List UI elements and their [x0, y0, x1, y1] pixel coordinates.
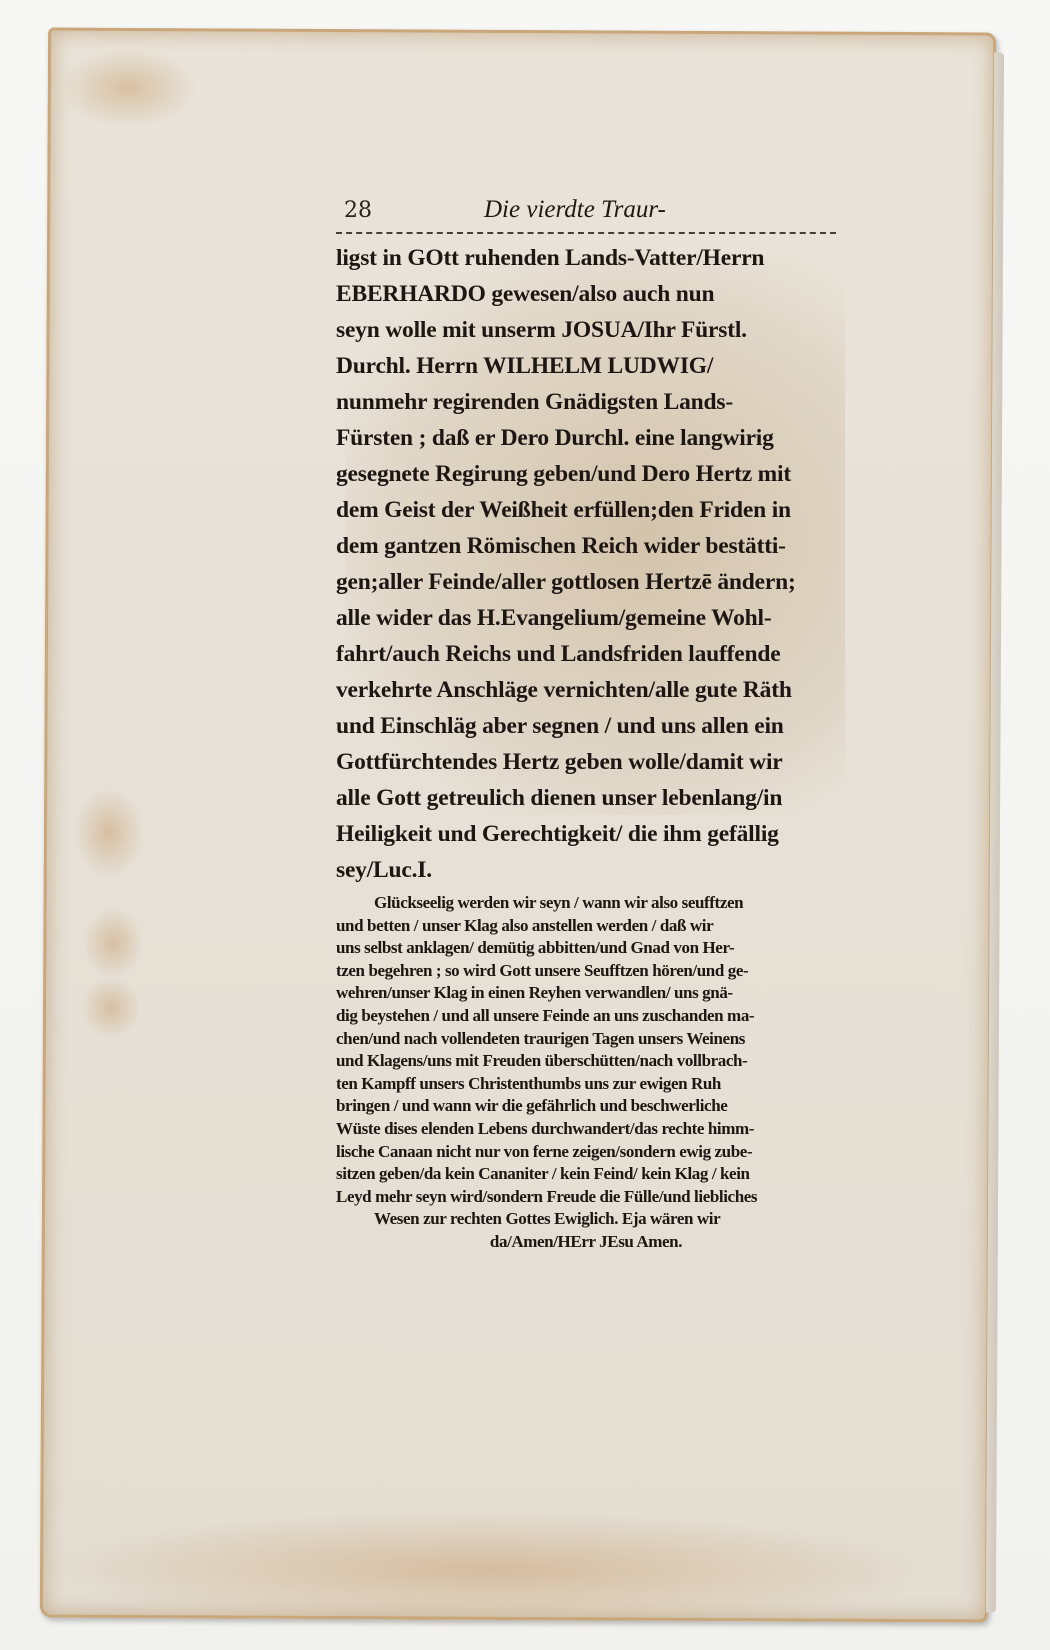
text-line: tzen begehren ; so wird Gott unsere Seuf… [336, 960, 836, 983]
foxing-stain [74, 788, 144, 878]
running-title: Die vierdte Traur- [484, 196, 666, 224]
header-rule [336, 232, 836, 234]
text-line: lische Canaan nicht nur von ferne zeigen… [336, 1141, 836, 1164]
text-line: gen;aller Feinde/aller gottlosen Hertzē … [336, 564, 836, 600]
text-line: Fürsten ; daß er Dero Durchl. eine langw… [336, 420, 836, 456]
text-line: ligst in GOtt ruhenden Lands-Vatter/Herr… [336, 240, 836, 276]
foxing-stain [58, 48, 198, 129]
closing-line: da/Amen/HErr JEsu Amen. [336, 1231, 836, 1254]
text-line: und betten / unser Klag also anstellen w… [336, 915, 836, 938]
text-line: sitzen geben/da kein Cananiter / kein Fe… [336, 1163, 836, 1186]
text-line: Wesen zur rechten Gottes Ewiglich. Eja w… [336, 1208, 836, 1231]
paragraph-conclusion: Glückseelig werden wir seyn / wann wir a… [336, 892, 836, 1254]
text-line: chen/und nach vollendeten traurigen Tage… [336, 1028, 836, 1051]
text-line: uns selbst anklagen/ demütig abbitten/un… [336, 937, 836, 960]
paragraph-prayer: ligst in GOtt ruhenden Lands-Vatter/Herr… [336, 240, 836, 888]
printed-text-block: 28 Die vierdte Traur- ligst in GOtt ruhe… [336, 192, 836, 1254]
text-line: Leyd mehr seyn wird/sondern Freude die F… [336, 1186, 836, 1209]
text-line: Glückseelig werden wir seyn / wann wir a… [336, 892, 836, 915]
text-line: nunmehr regirenden Gnädigsten Lands- [336, 384, 836, 420]
text-line: dem gantzen Römischen Reich wider bestät… [336, 528, 836, 564]
text-line: Gottfürchtendes Hertz geben wolle/damit … [336, 744, 836, 780]
running-head: 28 Die vierdte Traur- [336, 192, 836, 232]
text-line: dig beystehen / und all unsere Feinde an… [336, 1005, 836, 1028]
text-line: Heiligkeit und Gerechtigkeit/ die ihm ge… [336, 816, 836, 852]
text-line: seyn wolle mit unserm JOSUA/Ihr Fürstl. [336, 312, 836, 348]
text-line: wehren/unser Klag in einen Reyhen verwan… [336, 982, 836, 1005]
page-number: 28 [344, 198, 372, 223]
text-line: EBERHARDO gewesen/also auch nun [336, 276, 836, 312]
text-line: alle Gott getreulich dienen unser lebenl… [336, 780, 836, 816]
text-line: und Klagens/uns mit Freuden überschütten… [336, 1050, 836, 1073]
text-line: alle wider das H.Evangelium/gemeine Wohl… [336, 600, 836, 636]
text-line: und Einschläg aber segnen / und uns alle… [336, 708, 836, 744]
foxing-stain [81, 978, 141, 1038]
text-line: Durchl. Herrn WILHELM LUDWIG/ [336, 348, 836, 384]
foxing-stain [40, 1508, 941, 1633]
foxing-stain [83, 908, 143, 978]
text-line: dem Geist der Weißheit erfüllen;den Frid… [336, 492, 836, 528]
text-line: verkehrte Anschläge vernichten/alle gute… [336, 672, 836, 708]
text-line: fahrt/auch Reichs und Landsfriden lauffe… [336, 636, 836, 672]
text-line: Wüste dises elenden Lebens durchwandert/… [336, 1118, 836, 1141]
text-line: sey/Luc.I. [336, 852, 836, 888]
text-line: bringen / und wann wir die gefährlich un… [336, 1095, 836, 1118]
text-line: ten Kampff unsers Christenthumbs uns zur… [336, 1073, 836, 1096]
text-line: gesegnete Regirung geben/und Dero Hertz … [336, 456, 836, 492]
